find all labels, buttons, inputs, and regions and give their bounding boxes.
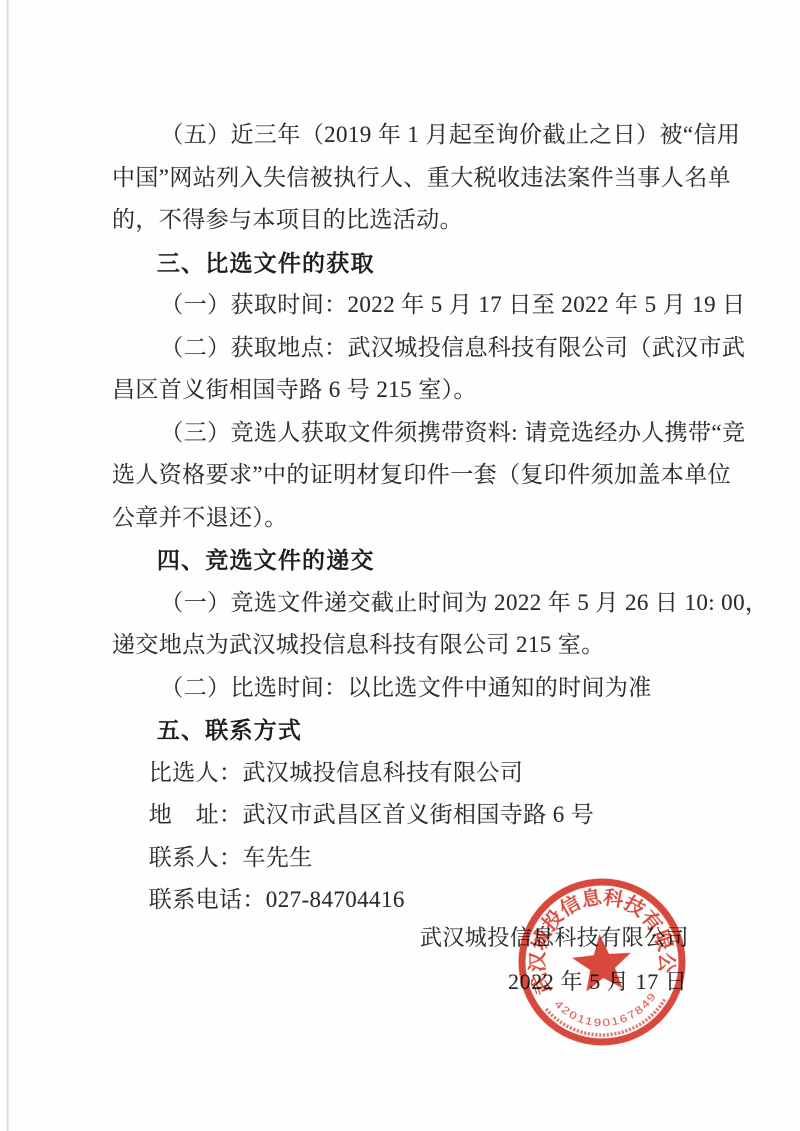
company-seal-stamp: 武汉城投信息科技有限公司 4201190167849 (507, 867, 698, 1058)
heading-section-four: 四、竞选文件的递交 (112, 539, 752, 582)
document-body: （五）近三年（2019 年 1 月起至询价截止之日）被“信用 中国”网站列入失信… (112, 114, 752, 922)
line-contact-address: 地 址：武汉市武昌区首义街相国寺路 6 号 (112, 794, 752, 837)
line-contact-bidder: 比选人：武汉城投信息科技有限公司 (112, 752, 752, 795)
line-submission-deadline-2: 递交地点为武汉城投信息科技有限公司 215 室。 (112, 624, 752, 667)
line-required-materials-2: 选人资格要求”中的证明材复印件一套（复印件须加盖本单位 (112, 454, 752, 497)
heading-section-five: 五、联系方式 (112, 709, 752, 752)
line-required-materials-3: 公章并不退还）。 (112, 497, 752, 540)
line-obtain-time: （一）获取时间：2022 年 5 月 17 日至 2022 年 5 月 19 日 (112, 284, 752, 327)
line-submission-deadline-1: （一）竞选文件递交截止时间为 2022 年 5 月 26 日 10: 00， (112, 582, 752, 625)
para-credit-china-line-2: 中国”网站列入失信被执行人、重大税收违法案件当事人名单 (112, 157, 752, 200)
scan-edge-artifact (6, 0, 9, 1131)
document-page: （五）近三年（2019 年 1 月起至询价截止之日）被“信用 中国”网站列入失信… (0, 0, 800, 1131)
line-required-materials-1: （三）竞选人获取文件须携带资料: 请竞选经办人携带“竞 (112, 412, 752, 455)
para-credit-china-line-3: 的，不得参与本项目的比选活动。 (112, 199, 752, 242)
para-credit-china-line-1: （五）近三年（2019 年 1 月起至询价截止之日）被“信用 (112, 114, 752, 157)
line-obtain-place-1: （二）获取地点：武汉城投信息科技有限公司（武汉市武 (112, 327, 752, 370)
line-selection-time: （二）比选时间：以比选文件中通知的时间为准 (112, 667, 752, 710)
seal-star-icon (570, 932, 634, 993)
heading-section-three: 三、比选文件的获取 (112, 242, 752, 285)
line-obtain-place-2: 昌区首义街相国寺路 6 号 215 室）。 (112, 369, 752, 412)
